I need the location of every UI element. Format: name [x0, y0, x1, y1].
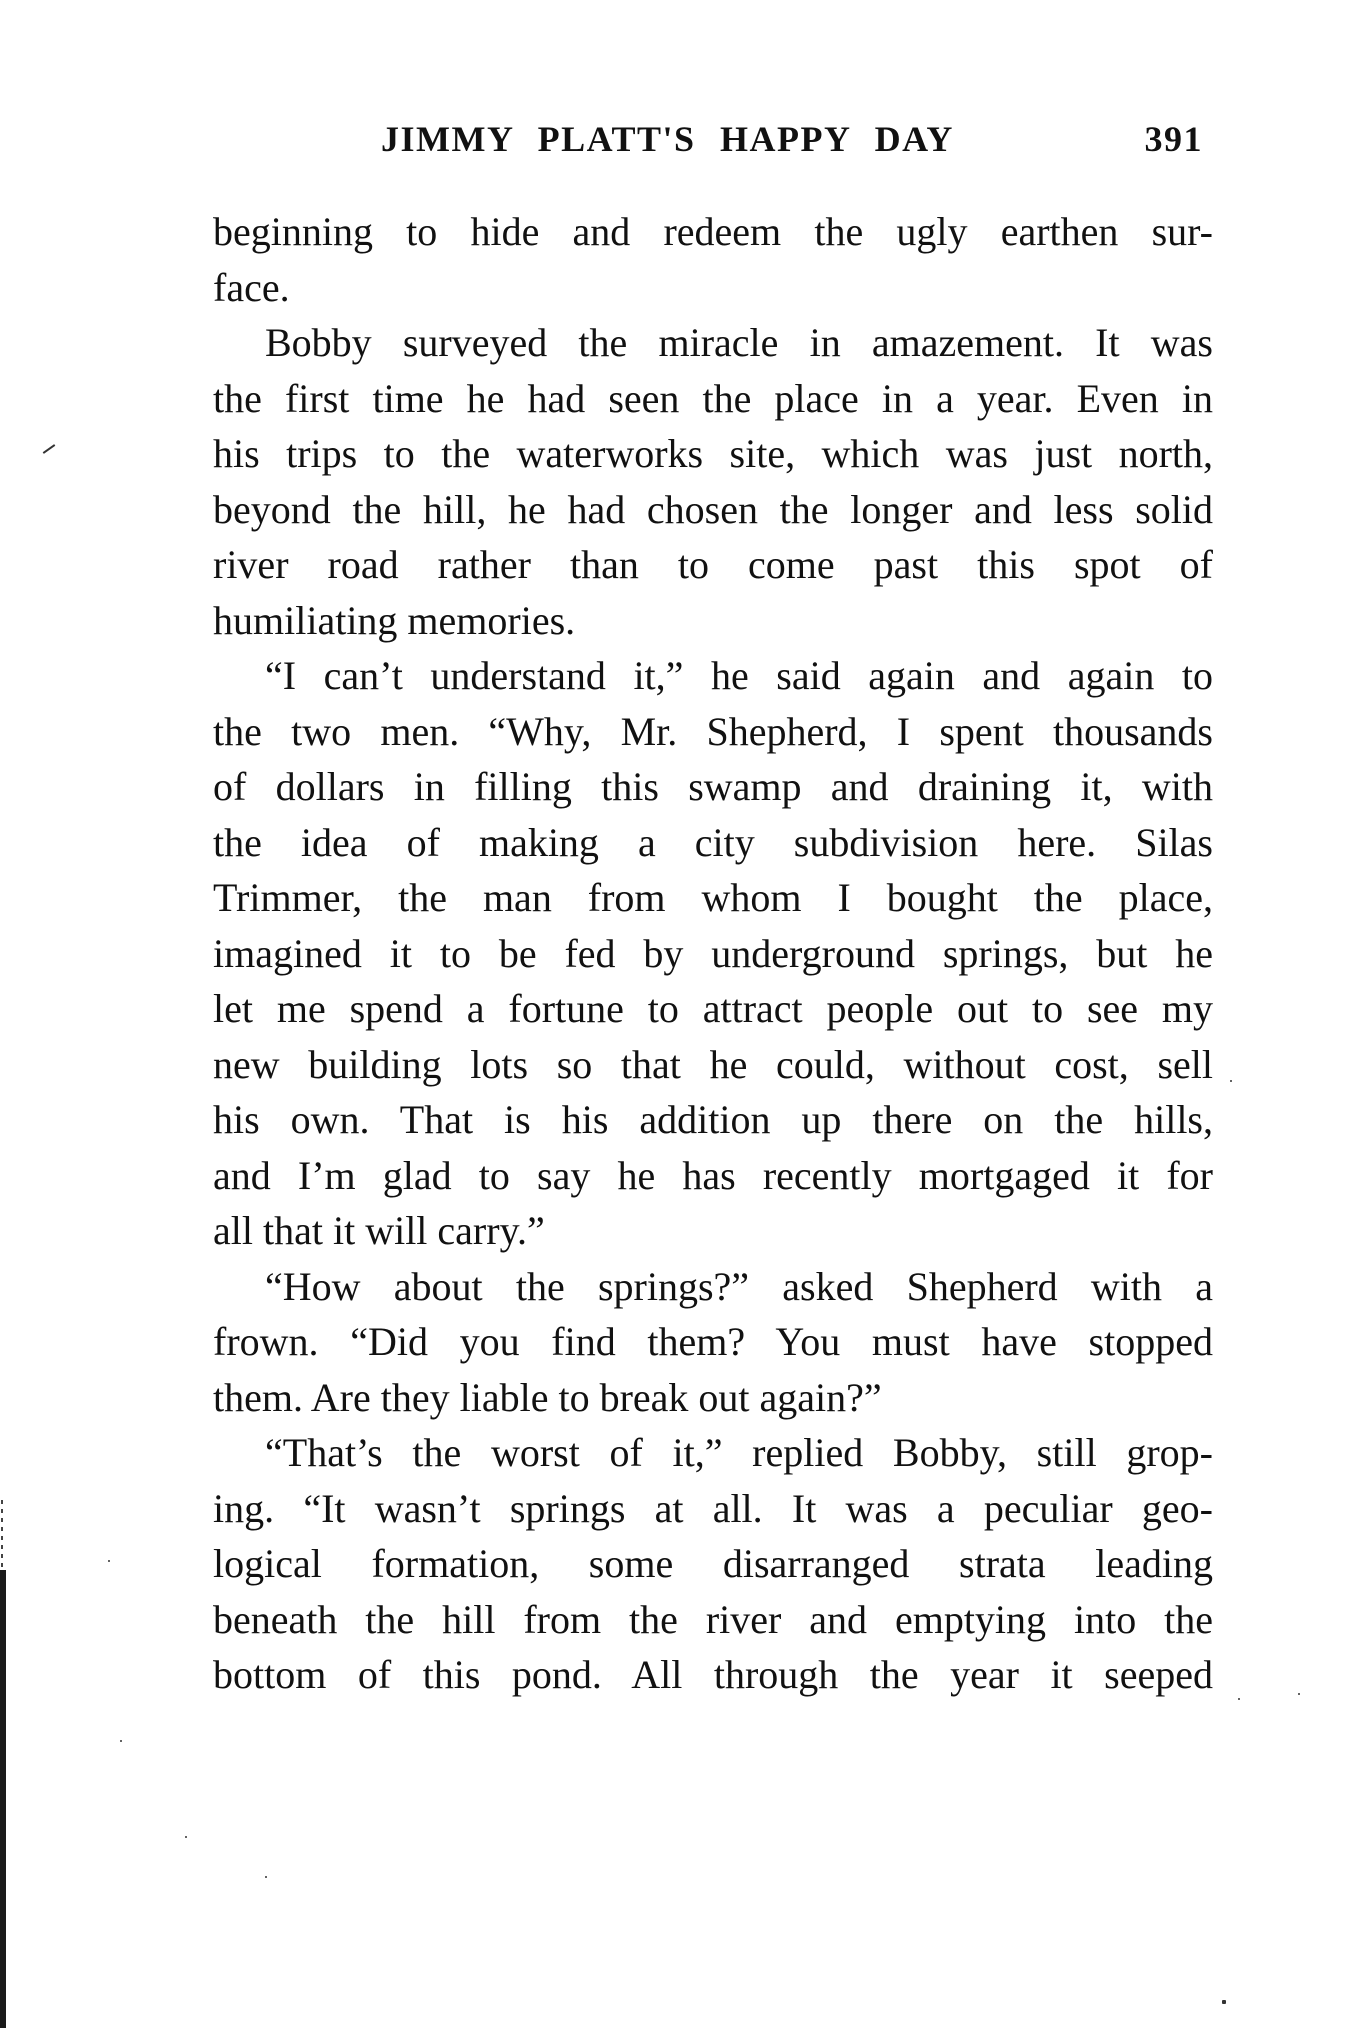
text-line: beneath the hill from the river and empt…	[213, 1592, 1213, 1648]
scan-speck	[1298, 1693, 1300, 1695]
text-line: new building lots so that he could, with…	[213, 1037, 1213, 1093]
text-line: the first time he had seen the place in …	[213, 371, 1213, 427]
text-line: all that it will carry.”	[213, 1203, 1213, 1259]
scan-speck	[265, 1876, 267, 1878]
text-line: beginning to hide and redeem the ugly ea…	[213, 204, 1213, 260]
running-title: JIMMY PLATT'S HAPPY DAY	[381, 118, 954, 160]
text-line: face.	[213, 260, 1213, 316]
scan-speck	[1238, 1698, 1240, 1700]
margin-pencil-mark	[43, 444, 56, 454]
scan-speck	[1230, 1080, 1232, 1082]
scan-speck	[185, 1836, 187, 1838]
text-line: river road rather than to come past this…	[213, 537, 1213, 593]
text-line: of dollars in filling this swamp and dra…	[213, 759, 1213, 815]
text-line: his trips to the waterworks site, which …	[213, 426, 1213, 482]
text-line: “I can’t understand it,” he said again a…	[213, 648, 1213, 704]
text-line: “How about the springs?” asked Shepherd …	[213, 1259, 1213, 1315]
body-text: beginning to hide and redeem the ugly ea…	[213, 204, 1213, 1703]
text-line: Trimmer, the man from whom I bought the …	[213, 870, 1213, 926]
text-line: logical formation, some disarranged stra…	[213, 1536, 1213, 1592]
page-binding-shadow	[0, 1570, 6, 2028]
running-head: JIMMY PLATT'S HAPPY DAY 391	[213, 118, 1203, 168]
text-line: his own. That is his addition up there o…	[213, 1092, 1213, 1148]
text-line: imagined it to be fed by underground spr…	[213, 926, 1213, 982]
scan-speck	[120, 1740, 122, 1742]
scan-speck	[108, 1560, 110, 1562]
text-line: and I’m glad to say he has recently mort…	[213, 1148, 1213, 1204]
text-line: Bobby surveyed the miracle in amazement.…	[213, 315, 1213, 371]
text-line: frown. “Did you find them? You must have…	[213, 1314, 1213, 1370]
text-line: the idea of making a city subdivision he…	[213, 815, 1213, 871]
scan-speck	[1222, 2000, 1226, 2004]
text-line: the two men. “Why, Mr. Shepherd, I spent…	[213, 704, 1213, 760]
page-number: 391	[1145, 118, 1204, 160]
page-binding-shadow-faint	[1, 1500, 3, 1570]
text-line: ing. “It wasn’t springs at all. It was a…	[213, 1481, 1213, 1537]
text-line: bottom of this pond. All through the yea…	[213, 1647, 1213, 1703]
text-line: them. Are they liable to break out again…	[213, 1370, 1213, 1426]
text-line: let me spend a fortune to attract people…	[213, 981, 1213, 1037]
text-line: “That’s the worst of it,” replied Bobby,…	[213, 1425, 1213, 1481]
text-line: humiliating memories.	[213, 593, 1213, 649]
text-line: beyond the hill, he had chosen the longe…	[213, 482, 1213, 538]
